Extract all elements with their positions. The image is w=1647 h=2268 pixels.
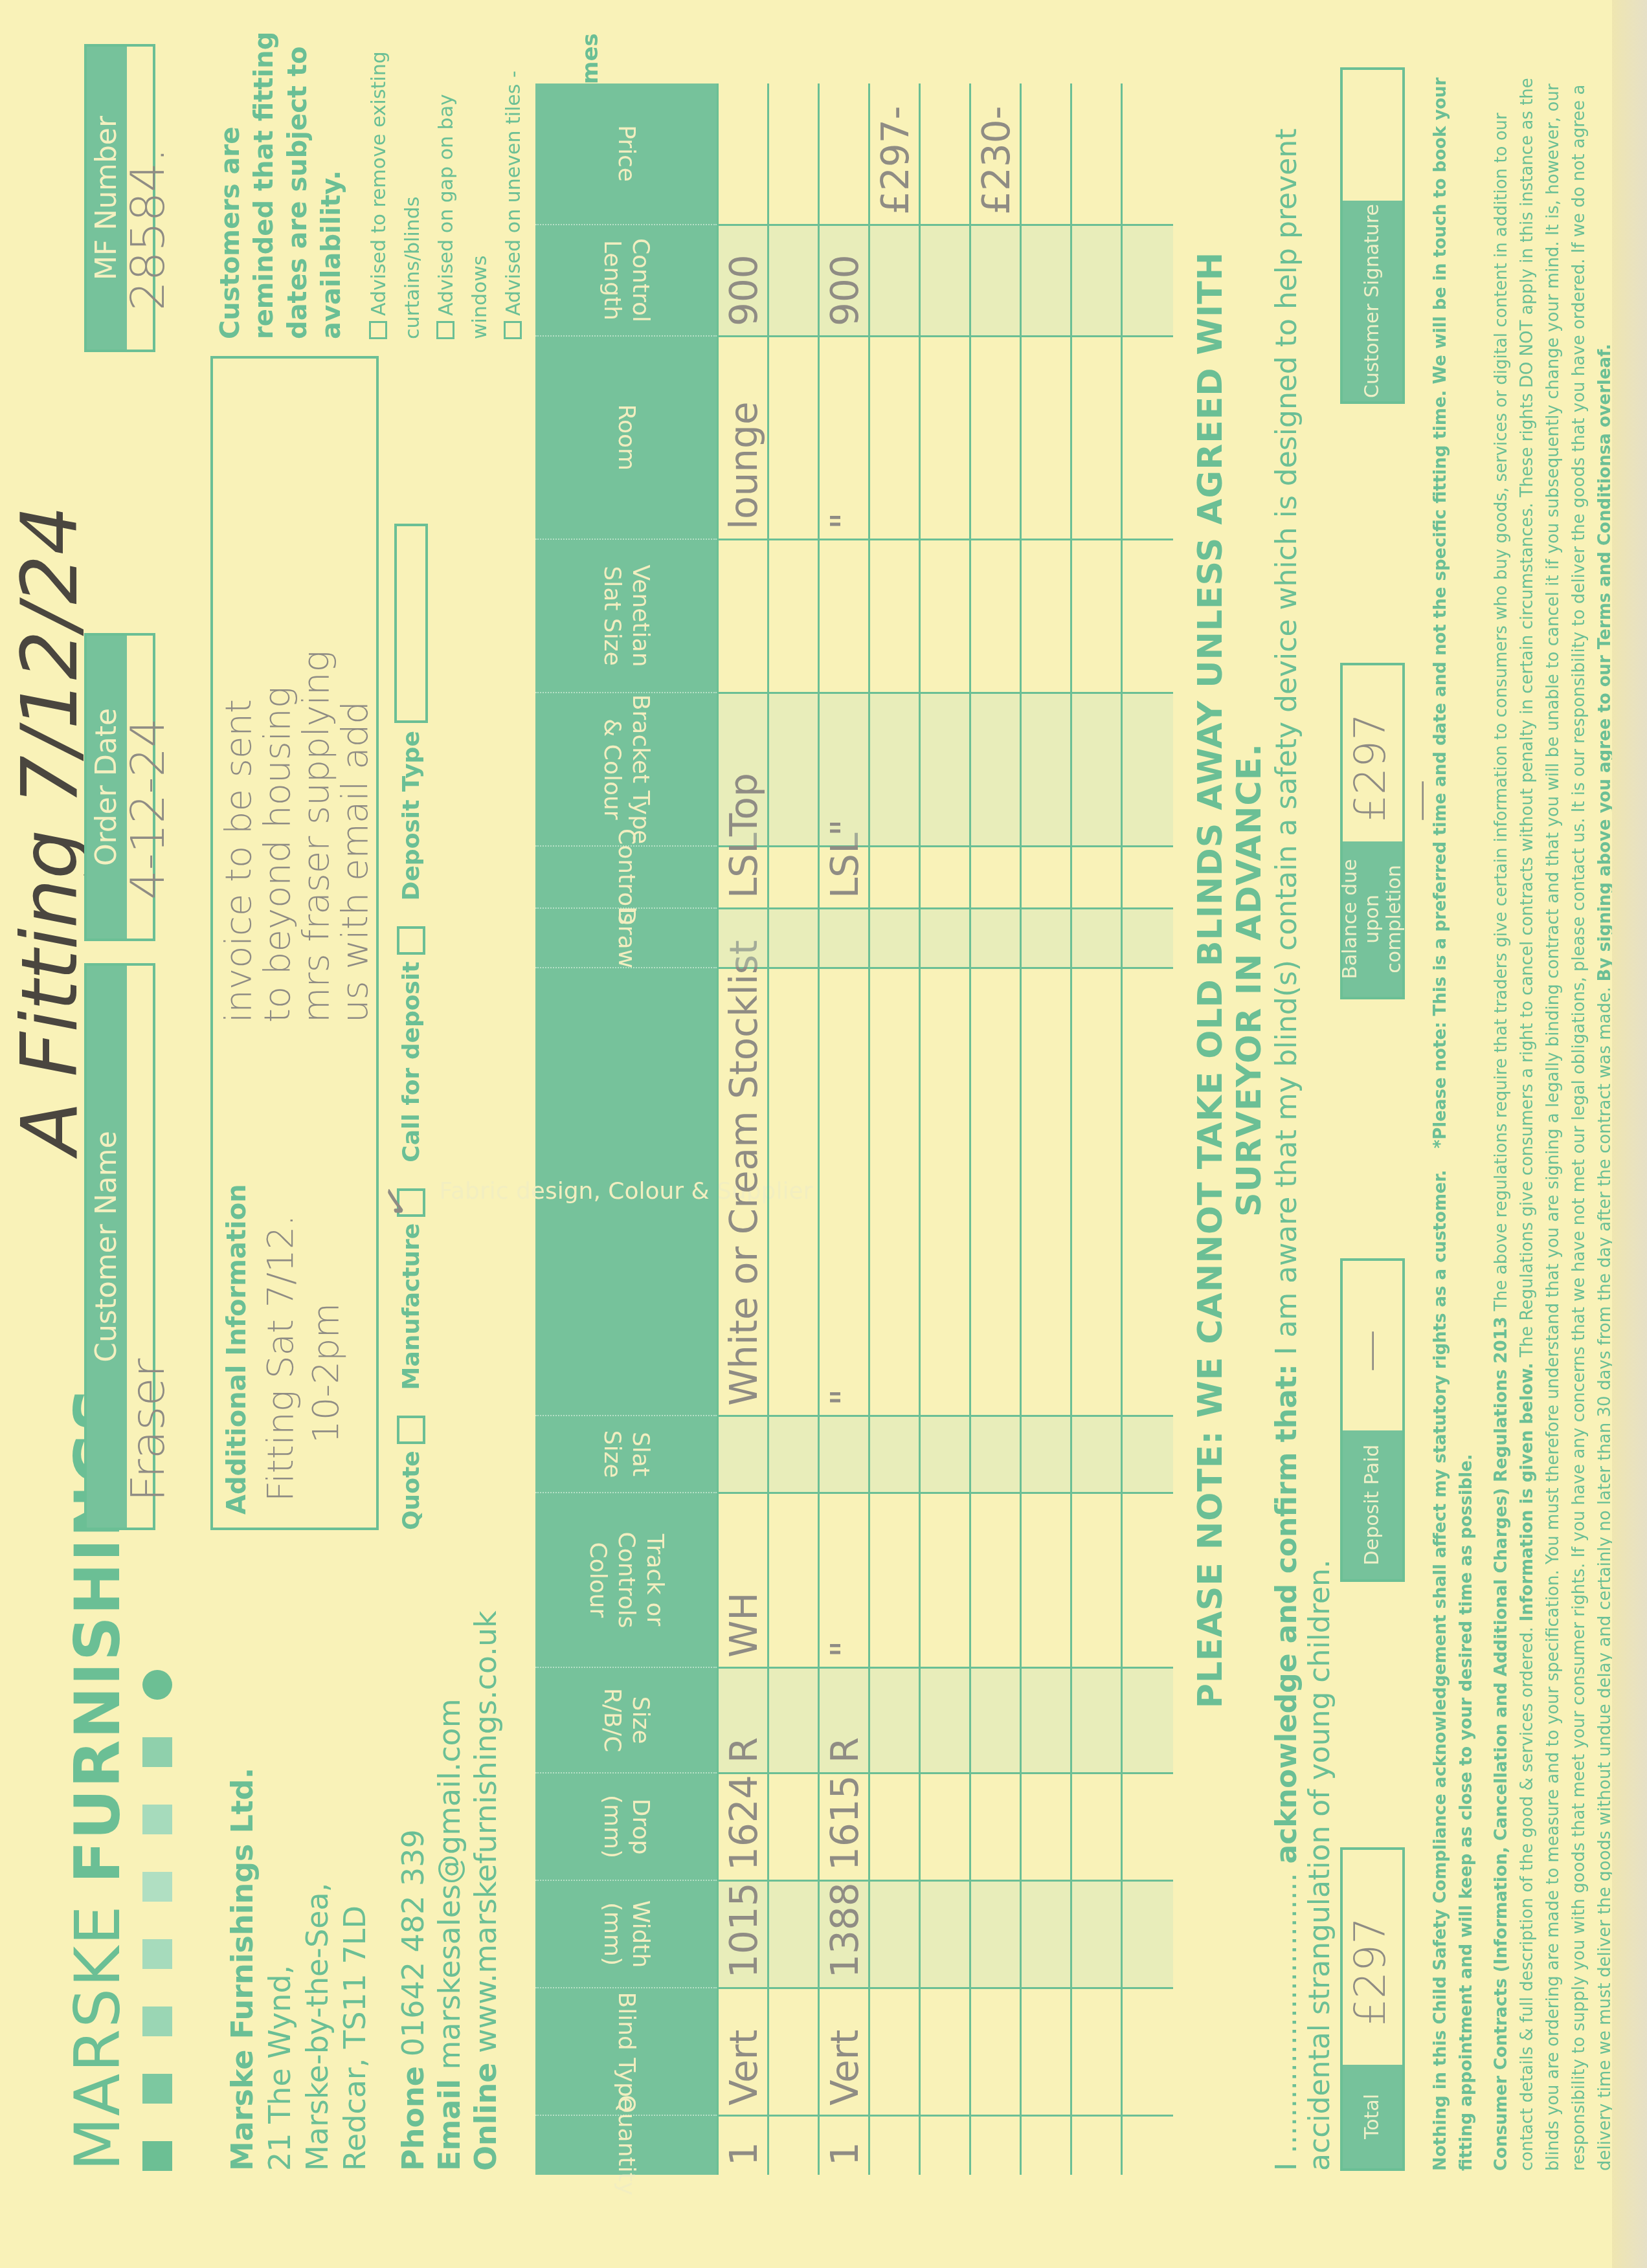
- order-form-sheet: A Fitting 7/12/24 MARSKE FURNISHINGS Mar…: [0, 0, 1647, 2268]
- checkbox-icon: [436, 321, 454, 339]
- cell-room[interactable]: [1072, 335, 1123, 539]
- cell-venetian[interactable]: [1022, 539, 1072, 692]
- cell-track-colour[interactable]: ": [820, 1492, 870, 1667]
- cell-room[interactable]: [971, 335, 1022, 539]
- total-field[interactable]: Total £297: [1340, 1847, 1405, 2171]
- cell-bracket[interactable]: [1022, 692, 1072, 845]
- cell-room[interactable]: [769, 335, 820, 539]
- brand-name-light: MARSKE: [62, 1904, 134, 2171]
- cell-blind-type[interactable]: [769, 1987, 820, 2115]
- cell-blind-type[interactable]: [921, 1987, 971, 2115]
- phone-label: Phone: [396, 2066, 431, 2171]
- cell-bracket[interactable]: [921, 692, 971, 845]
- old-blinds-notice: PLEASE NOTE: WE CANNOT TAKE OLD BLINDS A…: [1191, 203, 1269, 1757]
- cell-drop[interactable]: 1615: [820, 1772, 870, 1880]
- cell-fabric[interactable]: [921, 967, 971, 1415]
- cell-price[interactable]: [1072, 83, 1123, 224]
- deposit-paid-label: Deposit Paid: [1343, 1430, 1402, 1579]
- additional-info-notes-right: invoice to be sent to beyond housing mrs…: [219, 650, 375, 1023]
- reminder-heading: Customers are reminded that fitting date…: [214, 28, 348, 339]
- cell-size[interactable]: [1022, 1667, 1072, 1772]
- cell-fabric[interactable]: [1022, 967, 1072, 1415]
- cell-control-length[interactable]: [971, 224, 1022, 335]
- cell-draw[interactable]: [1022, 907, 1072, 967]
- cell-venetian[interactable]: [769, 539, 820, 692]
- cell-quantity[interactable]: [769, 2115, 820, 2175]
- total-label: Total: [1343, 2065, 1402, 2168]
- cell-width[interactable]: 1388: [820, 1880, 870, 1987]
- cell-controls[interactable]: LSL: [820, 845, 870, 907]
- cell-blind-type[interactable]: Vert: [820, 1987, 870, 2115]
- cell-controls[interactable]: [769, 845, 820, 907]
- statutory-rights-note: Nothing in this Child Safety Compliance …: [1431, 1170, 1450, 2171]
- customer-signature-field[interactable]: Customer Signature: [1340, 67, 1405, 404]
- advice-label: Advised on gap on bay windows: [435, 94, 491, 339]
- table-row: [1121, 83, 1171, 2175]
- paper-edge: [1612, 0, 1647, 2268]
- cell-draw[interactable]: [870, 907, 921, 967]
- acknowledgement-name-blank[interactable]: I ...............................: [1270, 1873, 1303, 2171]
- cell-price[interactable]: [1022, 83, 1072, 224]
- regulations-title: Consumer Contracts (Information, Cancell…: [1492, 1317, 1511, 2171]
- col-controls: Controls: [535, 845, 717, 907]
- cell-controls[interactable]: [921, 845, 971, 907]
- cell-drop[interactable]: [971, 1772, 1022, 1880]
- cell-blind-type[interactable]: [1022, 1987, 1072, 2115]
- cell-fabric[interactable]: [769, 967, 820, 1415]
- cell-venetian[interactable]: [1123, 539, 1173, 692]
- cell-bracket[interactable]: [1072, 692, 1123, 845]
- additional-info-label: Additional Information: [222, 1184, 252, 1515]
- cell-venetian[interactable]: [719, 539, 769, 692]
- table-row: [1070, 83, 1121, 2175]
- call-for-deposit-checkbox[interactable]: [397, 926, 425, 955]
- address-line: 21 The Wynd,: [261, 1768, 298, 2171]
- acknowledgement-text: I am aware that my blind(s) contain a sa…: [1270, 129, 1336, 2171]
- balance-due-label: Balance due upon completion: [1343, 841, 1402, 997]
- cell-drop[interactable]: [921, 1772, 971, 1880]
- cell-control-length[interactable]: [1072, 224, 1123, 335]
- cell-drop[interactable]: 1624: [719, 1772, 769, 1880]
- cell-drop[interactable]: [870, 1772, 921, 1880]
- cell-draw[interactable]: [719, 907, 769, 967]
- cell-draw[interactable]: [769, 907, 820, 967]
- order-items-table: Quantity Blind Type Width (mm) Drop (mm)…: [535, 83, 1172, 2175]
- cell-fabric[interactable]: [870, 967, 921, 1415]
- phone-number: 01642 482 339: [396, 1829, 431, 2056]
- cell-venetian[interactable]: [1072, 539, 1123, 692]
- cell-drop[interactable]: [1123, 1772, 1173, 1880]
- manufacture-checkbox[interactable]: ✓: [397, 1188, 425, 1217]
- cell-room[interactable]: [921, 335, 971, 539]
- col-fabric: Fabric design, Colour & Supplier: [535, 967, 717, 1415]
- cell-slat-size[interactable]: [769, 1415, 820, 1492]
- cell-quantity[interactable]: 1: [820, 2115, 870, 2175]
- cell-quantity[interactable]: 1: [719, 2115, 769, 2175]
- cell-draw[interactable]: [1123, 907, 1173, 967]
- cell-track-colour[interactable]: [1123, 1492, 1173, 1667]
- cell-width[interactable]: [971, 1880, 1022, 1987]
- cell-blind-type[interactable]: [1072, 1987, 1123, 2115]
- cell-price[interactable]: [719, 83, 769, 224]
- quote-label: Quote: [398, 1451, 425, 1530]
- table-row: £297-: [868, 83, 919, 2175]
- cell-drop[interactable]: [1022, 1772, 1072, 1880]
- cell-bracket[interactable]: [971, 692, 1022, 845]
- cell-venetian[interactable]: [921, 539, 971, 692]
- col-control-length: Control Length: [535, 224, 717, 335]
- cell-control-length[interactable]: [870, 224, 921, 335]
- manufacture-label: Manufacture: [398, 1223, 425, 1390]
- legal-fine-print: Nothing in this Child Safety Compliance …: [1428, 48, 1618, 2171]
- cell-width[interactable]: [1123, 1880, 1173, 1987]
- cell-fabric[interactable]: White or Cream Stocklist: [719, 967, 769, 1415]
- col-blind-type: Blind Type: [535, 1987, 717, 2115]
- col-track-colour: Track or Controls Colour: [535, 1492, 717, 1667]
- advice-remove-curtains[interactable]: Advised to remove existing curtains/blin…: [363, 28, 430, 339]
- cell-price[interactable]: [769, 83, 820, 224]
- cell-track-colour[interactable]: [1022, 1492, 1072, 1667]
- cell-track-colour[interactable]: [769, 1492, 820, 1667]
- deposit-paid-field[interactable]: Deposit Paid —: [1340, 1258, 1405, 1582]
- checkbox-icon: [504, 321, 522, 339]
- cell-bracket[interactable]: Top: [719, 692, 769, 845]
- cell-quantity[interactable]: [870, 2115, 921, 2175]
- table-header: Quantity Blind Type Width (mm) Drop (mm)…: [535, 83, 717, 2175]
- email-link[interactable]: marskesales@gmail.com: [432, 1698, 467, 2069]
- cell-venetian[interactable]: [820, 539, 870, 692]
- table-row: £230-: [969, 83, 1020, 2175]
- cell-drop[interactable]: [1072, 1772, 1123, 1880]
- cell-slat-size[interactable]: [870, 1415, 921, 1492]
- cell-room[interactable]: [870, 335, 921, 539]
- cell-quantity[interactable]: [1022, 2115, 1072, 2175]
- col-quantity: Quantity: [535, 2115, 717, 2175]
- advice-bay-windows[interactable]: Advised on gap on bay windows: [430, 28, 497, 339]
- total-value: £297: [1345, 1917, 1395, 2026]
- cell-fabric[interactable]: [1123, 967, 1173, 1415]
- cell-quantity[interactable]: [971, 2115, 1022, 2175]
- cell-fabric[interactable]: ": [820, 967, 870, 1415]
- cell-size[interactable]: [971, 1667, 1022, 1772]
- cell-slat-size[interactable]: [1022, 1415, 1072, 1492]
- swatch-icon: [142, 1939, 172, 1969]
- cell-control-length[interactable]: [921, 224, 971, 335]
- table-row: 1Vert10151624RWHWhite or Cream Stocklist…: [717, 83, 767, 2175]
- cell-bracket[interactable]: ": [820, 692, 870, 845]
- cell-slat-size[interactable]: [1123, 1415, 1173, 1492]
- cell-room[interactable]: lounge: [719, 335, 769, 539]
- table-row: [919, 83, 969, 2175]
- cell-drop[interactable]: [769, 1772, 820, 1880]
- customer-name-value: Fraser: [120, 1359, 175, 1502]
- cell-price[interactable]: £297-: [870, 83, 921, 224]
- company-name: Marske Furnishings Ltd.: [225, 1768, 260, 2171]
- cell-slat-size[interactable]: [971, 1415, 1022, 1492]
- cell-control-length[interactable]: 900: [820, 224, 870, 335]
- information-heading: Information is given below.: [1518, 1362, 1537, 1621]
- balance-due-field[interactable]: Balance due upon completion £297 —: [1340, 663, 1405, 999]
- swatch-icon: [142, 2141, 172, 2171]
- cell-slat-size[interactable]: [921, 1415, 971, 1492]
- advice-label: Advised to remove existing curtains/blin…: [368, 51, 424, 339]
- cell-size[interactable]: [921, 1667, 971, 1772]
- mf-number-field[interactable]: MF Number 28584.: [84, 44, 155, 352]
- cell-draw[interactable]: [921, 907, 971, 967]
- cell-size[interactable]: [769, 1667, 820, 1772]
- deposit-type-input[interactable]: [394, 524, 428, 723]
- cell-price[interactable]: [921, 83, 971, 224]
- table-row: [1020, 83, 1070, 2175]
- col-slat-size: Slat Size: [535, 1415, 717, 1492]
- table-row: [767, 83, 818, 2175]
- cell-size[interactable]: [870, 1667, 921, 1772]
- cell-track-colour[interactable]: [870, 1492, 921, 1667]
- handwritten-fitting-note: A Fitting 7/12/24: [5, 506, 95, 1155]
- cell-controls[interactable]: LSL: [719, 845, 769, 907]
- customer-name-field[interactable]: Customer Name Fraser: [84, 963, 155, 1530]
- swatch-icon: [142, 1805, 172, 1834]
- quote-checkbox[interactable]: [397, 1416, 425, 1444]
- website-link[interactable]: www.marskefurnishings.co.uk: [468, 1610, 503, 2053]
- cell-control-length[interactable]: [769, 224, 820, 335]
- address-line: Redcar, TS11 7LD: [336, 1768, 374, 2171]
- cell-controls[interactable]: [1022, 845, 1072, 907]
- cell-draw[interactable]: [971, 907, 1022, 967]
- cell-venetian[interactable]: [971, 539, 1022, 692]
- cell-width[interactable]: [921, 1880, 971, 1987]
- cell-quantity[interactable]: [1123, 2115, 1173, 2175]
- cell-size[interactable]: [1072, 1667, 1123, 1772]
- cell-blind-type[interactable]: [1123, 1987, 1173, 2115]
- col-venetian-slat-size: Venetian Slat Size: [535, 539, 717, 692]
- swatch-icon: [142, 1737, 172, 1767]
- cell-controls[interactable]: [870, 845, 921, 907]
- col-drop: Drop (mm): [535, 1772, 717, 1880]
- additional-information-box[interactable]: Additional Information Fitting Sat 7/12.…: [210, 356, 379, 1530]
- cell-control-length[interactable]: [1123, 224, 1173, 335]
- address-line: Marske-by-the-Sea,: [298, 1768, 336, 2171]
- cell-blind-type[interactable]: [971, 1987, 1022, 2115]
- email-label: Email: [432, 2079, 467, 2171]
- cell-blind-type[interactable]: [870, 1987, 921, 2115]
- cell-price[interactable]: [820, 83, 870, 224]
- customer-signature-label: Customer Signature: [1343, 201, 1402, 401]
- cell-control-length[interactable]: [1022, 224, 1072, 335]
- company-address: Marske Furnishings Ltd. 21 The Wynd, Mar…: [223, 1768, 374, 2171]
- cell-width[interactable]: [870, 1880, 921, 1987]
- mf-number-value: 28584.: [120, 148, 175, 311]
- cell-width[interactable]: [1072, 1880, 1123, 1987]
- col-bracket: Bracket Type & Colour: [535, 692, 717, 845]
- cell-size[interactable]: R: [820, 1667, 870, 1772]
- cell-fabric[interactable]: [1072, 967, 1123, 1415]
- swatch-icon: [142, 1872, 172, 1902]
- cell-fabric[interactable]: [971, 967, 1022, 1415]
- cell-bracket[interactable]: [870, 692, 921, 845]
- cell-controls[interactable]: [1123, 845, 1173, 907]
- company-contact: Phone 01642 482 339 Email marskesales@gm…: [395, 1610, 504, 2171]
- cell-quantity[interactable]: [921, 2115, 971, 2175]
- cell-size[interactable]: R: [719, 1667, 769, 1772]
- cell-track-colour[interactable]: WH: [719, 1492, 769, 1667]
- call-for-deposit-label: Call for deposit: [398, 961, 425, 1162]
- checkbox-icon: [369, 321, 387, 339]
- note-line: us with email add: [336, 650, 375, 1023]
- note-line: invoice to be sent: [219, 650, 258, 1023]
- cell-bracket[interactable]: [1123, 692, 1173, 845]
- cell-size[interactable]: [1123, 1667, 1173, 1772]
- cell-price[interactable]: [1123, 83, 1173, 224]
- order-date-field[interactable]: Order Date 4-12-24: [84, 633, 155, 941]
- note-line: mrs fraser supplying: [297, 650, 336, 1023]
- cell-track-colour[interactable]: [921, 1492, 971, 1667]
- cell-draw[interactable]: [820, 907, 870, 967]
- note-line: 10-2pm: [304, 1215, 349, 1502]
- deposit-type-label: Deposit Type: [398, 731, 425, 900]
- spiral-swatch-icon: [142, 1670, 172, 1700]
- col-width: Width (mm): [535, 1880, 717, 1987]
- col-size: Size R/B/C: [535, 1667, 717, 1772]
- swatch-icon: [142, 2074, 172, 2104]
- cell-controls[interactable]: [1072, 845, 1123, 907]
- cell-bracket[interactable]: [769, 692, 820, 845]
- cell-venetian[interactable]: [870, 539, 921, 692]
- cell-controls[interactable]: [971, 845, 1022, 907]
- note-line: Fitting Sat 7/12.: [258, 1215, 304, 1502]
- cell-price[interactable]: £230-: [971, 83, 1022, 224]
- col-room: Room: [535, 335, 717, 539]
- order-options-row: Quote Manufacture ✓ Call for deposit Dep…: [392, 356, 431, 1530]
- deposit-paid-value: —: [1345, 1329, 1395, 1372]
- cell-track-colour[interactable]: [1072, 1492, 1123, 1667]
- brand-swatches: [142, 1640, 181, 2171]
- cell-control-length[interactable]: 900: [719, 224, 769, 335]
- cell-track-colour[interactable]: [971, 1492, 1022, 1667]
- cell-blind-type[interactable]: Vert: [719, 1987, 769, 2115]
- additional-info-notes-left: Fitting Sat 7/12. 10-2pm: [258, 1215, 349, 1502]
- cell-quantity[interactable]: [1072, 2115, 1123, 2175]
- order-date-value: 4-12-24: [120, 718, 175, 900]
- note-line: to beyond housing: [258, 650, 297, 1023]
- cell-room[interactable]: [1022, 335, 1072, 539]
- cell-slat-size[interactable]: [1072, 1415, 1123, 1492]
- cell-slat-size[interactable]: [719, 1415, 769, 1492]
- cell-slat-size[interactable]: [820, 1415, 870, 1492]
- online-label: Online: [468, 2063, 503, 2171]
- cell-draw[interactable]: [1072, 907, 1123, 967]
- cell-width[interactable]: [1022, 1880, 1072, 1987]
- acknowledgement-bold: acknowledge and confirm that:: [1270, 1364, 1303, 1864]
- cell-room[interactable]: [1123, 335, 1173, 539]
- table-row: 1Vert13881615R""LSL""900: [818, 83, 868, 2175]
- cell-width[interactable]: [769, 1880, 820, 1987]
- col-price: Price: [535, 83, 717, 224]
- cell-width[interactable]: 1015: [719, 1880, 769, 1987]
- swatch-icon: [142, 2007, 172, 2036]
- cell-room[interactable]: ": [820, 335, 870, 539]
- child-safety-acknowledgement: I ............................... acknow…: [1270, 22, 1336, 2171]
